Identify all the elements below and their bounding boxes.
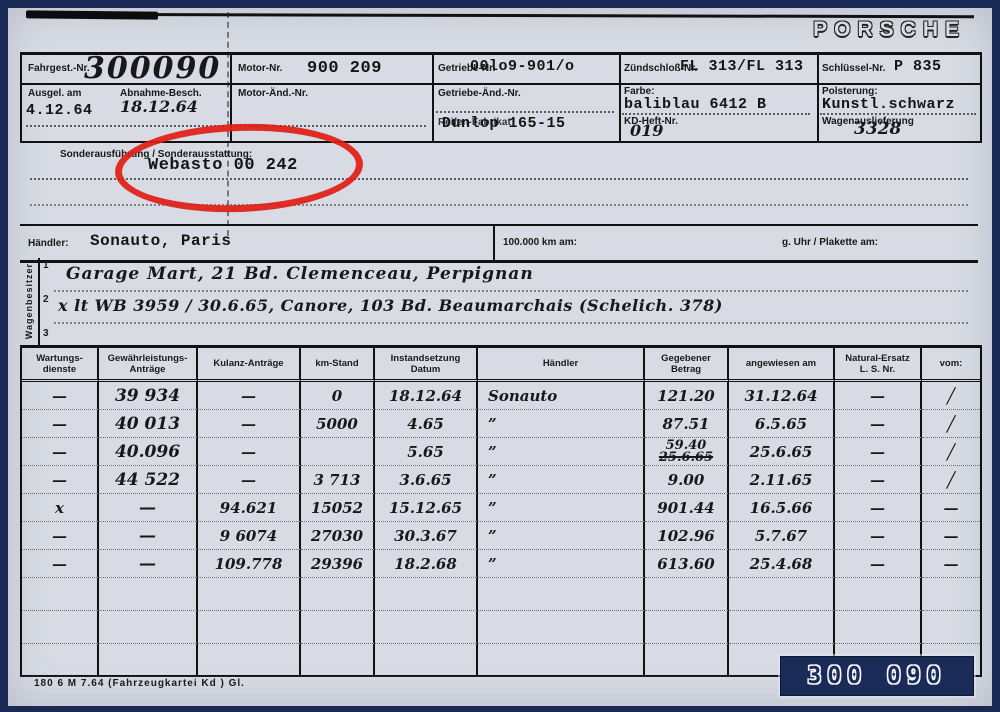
fahrgest-label: Fahrgest.-Nr. [28, 63, 90, 74]
divider [619, 55, 621, 141]
divider [432, 55, 434, 141]
dotted-line [436, 111, 614, 113]
owner-entry: Garage Mart, 21 Bd. Clemenceau, Perpigna… [66, 264, 534, 284]
column-header: Natural-Ersatz L. S. Nr. [835, 348, 922, 382]
table-cell: — [198, 382, 301, 410]
column-header: angewiesen am [729, 348, 835, 382]
table-cell: — [198, 410, 301, 438]
column-header: Händler [478, 348, 645, 382]
column-header: vom: [922, 348, 980, 382]
service-table: Wartungs- diensteGewährleistungs- Anträg… [20, 345, 982, 677]
table-cell: ” [478, 550, 645, 578]
table-cell [729, 611, 835, 644]
table-cell: 2.11.65 [729, 466, 835, 494]
table-cell: 59.4025.6.65 [645, 438, 729, 466]
table-cell: 9 6074 [198, 522, 301, 550]
motor-value: 900 209 [307, 59, 382, 78]
table-cell: 3 713 [301, 466, 375, 494]
table-cell: ” [478, 466, 645, 494]
chassis-number-badge: 300 090 [780, 656, 974, 696]
dotted-line [26, 125, 224, 127]
table-cell: ” [478, 522, 645, 550]
chassis-number-text: 300 090 [808, 663, 947, 689]
table-cell: 5.65 [375, 438, 478, 466]
table-cell: — [922, 522, 980, 550]
table-cell [922, 578, 980, 611]
column-header: km-Stand [301, 348, 375, 382]
table-cell [198, 578, 301, 611]
table-cell: — [922, 494, 980, 522]
table-cell: — [99, 522, 198, 550]
table-cell: — [198, 438, 301, 466]
divider [493, 226, 495, 260]
table-cell: 613.60 [645, 550, 729, 578]
table-cell: 94.621 [198, 494, 301, 522]
table-cell: 5.7.67 [729, 522, 835, 550]
table-cell: 6.5.65 [729, 410, 835, 438]
table-cell [99, 578, 198, 611]
table-cell: 121.20 [645, 382, 729, 410]
table-cell: — [22, 522, 99, 550]
dealer-label: Händler: [28, 238, 69, 249]
table-cell: 27030 [301, 522, 375, 550]
table-cell: 5000 [301, 410, 375, 438]
table-cell: 16.5.66 [729, 494, 835, 522]
schluessel-label: Schlüssel-Nr. [822, 63, 885, 74]
table-cell: 87.51 [645, 410, 729, 438]
owner-row-number: 3 [43, 328, 49, 339]
motor-aend-label: Motor-Änd.-Nr. [238, 88, 308, 99]
table-cell: 0 [301, 382, 375, 410]
table-cell [645, 578, 729, 611]
farbe-value: baliblau 6412 B [624, 96, 767, 113]
fahrgest-value: 300090 [84, 51, 221, 86]
table-cell: 901.44 [645, 494, 729, 522]
table-cell: — [22, 438, 99, 466]
table-cell [835, 578, 922, 611]
table-cell: ” [478, 438, 645, 466]
column-header: Gewährleistungs- Anträge [99, 348, 198, 382]
table-cell: 25.4.68 [729, 550, 835, 578]
ausgel-label: Ausgel. am [28, 88, 81, 99]
table-cell: — [835, 494, 922, 522]
table-cell: — [99, 550, 198, 578]
form-code: 180 6 M 7.64 (Fahrzeugkartei Kd ) Gl. [34, 678, 245, 689]
table-cell: 109.778 [198, 550, 301, 578]
table-cell: — [198, 466, 301, 494]
table-cell [375, 611, 478, 644]
wagenauslieferung-value: 3328 [854, 119, 901, 139]
table-cell: 9.00 [645, 466, 729, 494]
table-cell [301, 644, 375, 677]
table-cell [301, 578, 375, 611]
table-cell [375, 578, 478, 611]
table-cell [198, 644, 301, 677]
abnahme-value: 18.12.64 [120, 97, 198, 116]
table-cell: 44 522 [99, 466, 198, 494]
table-cell: 102.96 [645, 522, 729, 550]
table-cell: 15052 [301, 494, 375, 522]
table-cell [301, 611, 375, 644]
uhr-plakette-label: g. Uhr / Plakette am: [782, 237, 878, 248]
dotted-line [820, 113, 976, 115]
table-cell: 30.3.67 [375, 522, 478, 550]
table-cell: — [835, 550, 922, 578]
table-cell: — [99, 494, 198, 522]
table-cell: ╱ [922, 382, 980, 410]
table-cell: — [835, 410, 922, 438]
getriebe-value: 00lo9-901/o [470, 58, 575, 75]
column-header: Gegebener Betrag [645, 348, 729, 382]
table-cell: ╱ [922, 410, 980, 438]
column-header: Wartungs- dienste [22, 348, 99, 382]
table-cell: 25.6.65 [729, 438, 835, 466]
header-grid: Fahrgest.-Nr. 300090 Ausgel. am 4.12.64 … [20, 52, 982, 143]
table-cell [478, 611, 645, 644]
scanned-card-frame: PORSCHE Fahrgest.-Nr. 300090 Ausgel. am … [0, 0, 1000, 712]
polsterung-value: Kunstl.schwarz [822, 96, 955, 113]
column-header: Kulanz-Anträge [198, 348, 301, 382]
divider [817, 55, 819, 141]
owner-entry: x lt WB 3959 / 30.6.65, Canore, 103 Bd. … [58, 296, 723, 315]
table-cell [99, 644, 198, 677]
table-cell [22, 611, 99, 644]
table-cell: — [22, 466, 99, 494]
porsche-logo: PORSCHE [813, 18, 966, 42]
table-cell: 4.65 [375, 410, 478, 438]
table-cell [99, 611, 198, 644]
table-cell: 15.12.65 [375, 494, 478, 522]
km-100000-label: 100.000 km am: [503, 237, 577, 248]
owner-vertical-label: Wagenbesitzer [24, 263, 34, 339]
table-cell [22, 578, 99, 611]
table-cell: ” [478, 410, 645, 438]
owner-side-cell: Wagenbesitzer [20, 258, 40, 345]
table-cell: — [922, 550, 980, 578]
table-cell [198, 611, 301, 644]
table-cell [375, 644, 478, 677]
table-cell: 39 934 [99, 382, 198, 410]
card-paper: PORSCHE Fahrgest.-Nr. 300090 Ausgel. am … [8, 8, 992, 706]
table-cell: — [835, 382, 922, 410]
table-cell [835, 611, 922, 644]
owner-row-number: 1 [43, 260, 49, 271]
zuendschloss-value: FL 313/FL 313 [680, 58, 804, 75]
table-cell [729, 578, 835, 611]
scan-edge-blob [26, 10, 158, 19]
table-cell: — [835, 438, 922, 466]
table-cell [301, 438, 375, 466]
schluessel-value: P 835 [894, 58, 942, 75]
table-cell [645, 644, 729, 677]
dotted-line [622, 113, 810, 115]
table-cell: 29396 [301, 550, 375, 578]
ausgel-value: 4.12.64 [26, 102, 93, 119]
table-cell: — [835, 522, 922, 550]
table-cell: — [22, 382, 99, 410]
table-cell: 3.6.65 [375, 466, 478, 494]
column-header: Instandsetzung Datum [375, 348, 478, 382]
table-cell: — [22, 410, 99, 438]
reifen-value: Dunlop 165-15 [442, 115, 566, 132]
table-cell: 18.12.64 [375, 382, 478, 410]
table-cell: — [22, 550, 99, 578]
owner-row-number: 2 [43, 294, 49, 305]
owner-section: Wagenbesitzer 1 2 3 Garage Mart, 21 Bd. … [20, 258, 978, 345]
table-cell: 18.2.68 [375, 550, 478, 578]
getriebe-aend-label: Getriebe-Änd.-Nr. [438, 88, 521, 99]
table-cell [478, 578, 645, 611]
table-cell: — [835, 466, 922, 494]
table-cell: x [22, 494, 99, 522]
motor-label: Motor-Nr. [238, 63, 282, 74]
table-cell [22, 644, 99, 677]
dotted-line [54, 322, 968, 324]
table-cell: ╱ [922, 438, 980, 466]
table-cell: Sonauto [478, 382, 645, 410]
table-cell: ╱ [922, 466, 980, 494]
dealer-value: Sonauto, Paris [90, 232, 231, 250]
table-cell: ” [478, 494, 645, 522]
table-cell [922, 611, 980, 644]
table-cell [645, 611, 729, 644]
table-cell: 40.096 [99, 438, 198, 466]
dotted-line [54, 290, 968, 292]
table-cell [478, 644, 645, 677]
table-cell: 31.12.64 [729, 382, 835, 410]
table-cell: 40 013 [99, 410, 198, 438]
